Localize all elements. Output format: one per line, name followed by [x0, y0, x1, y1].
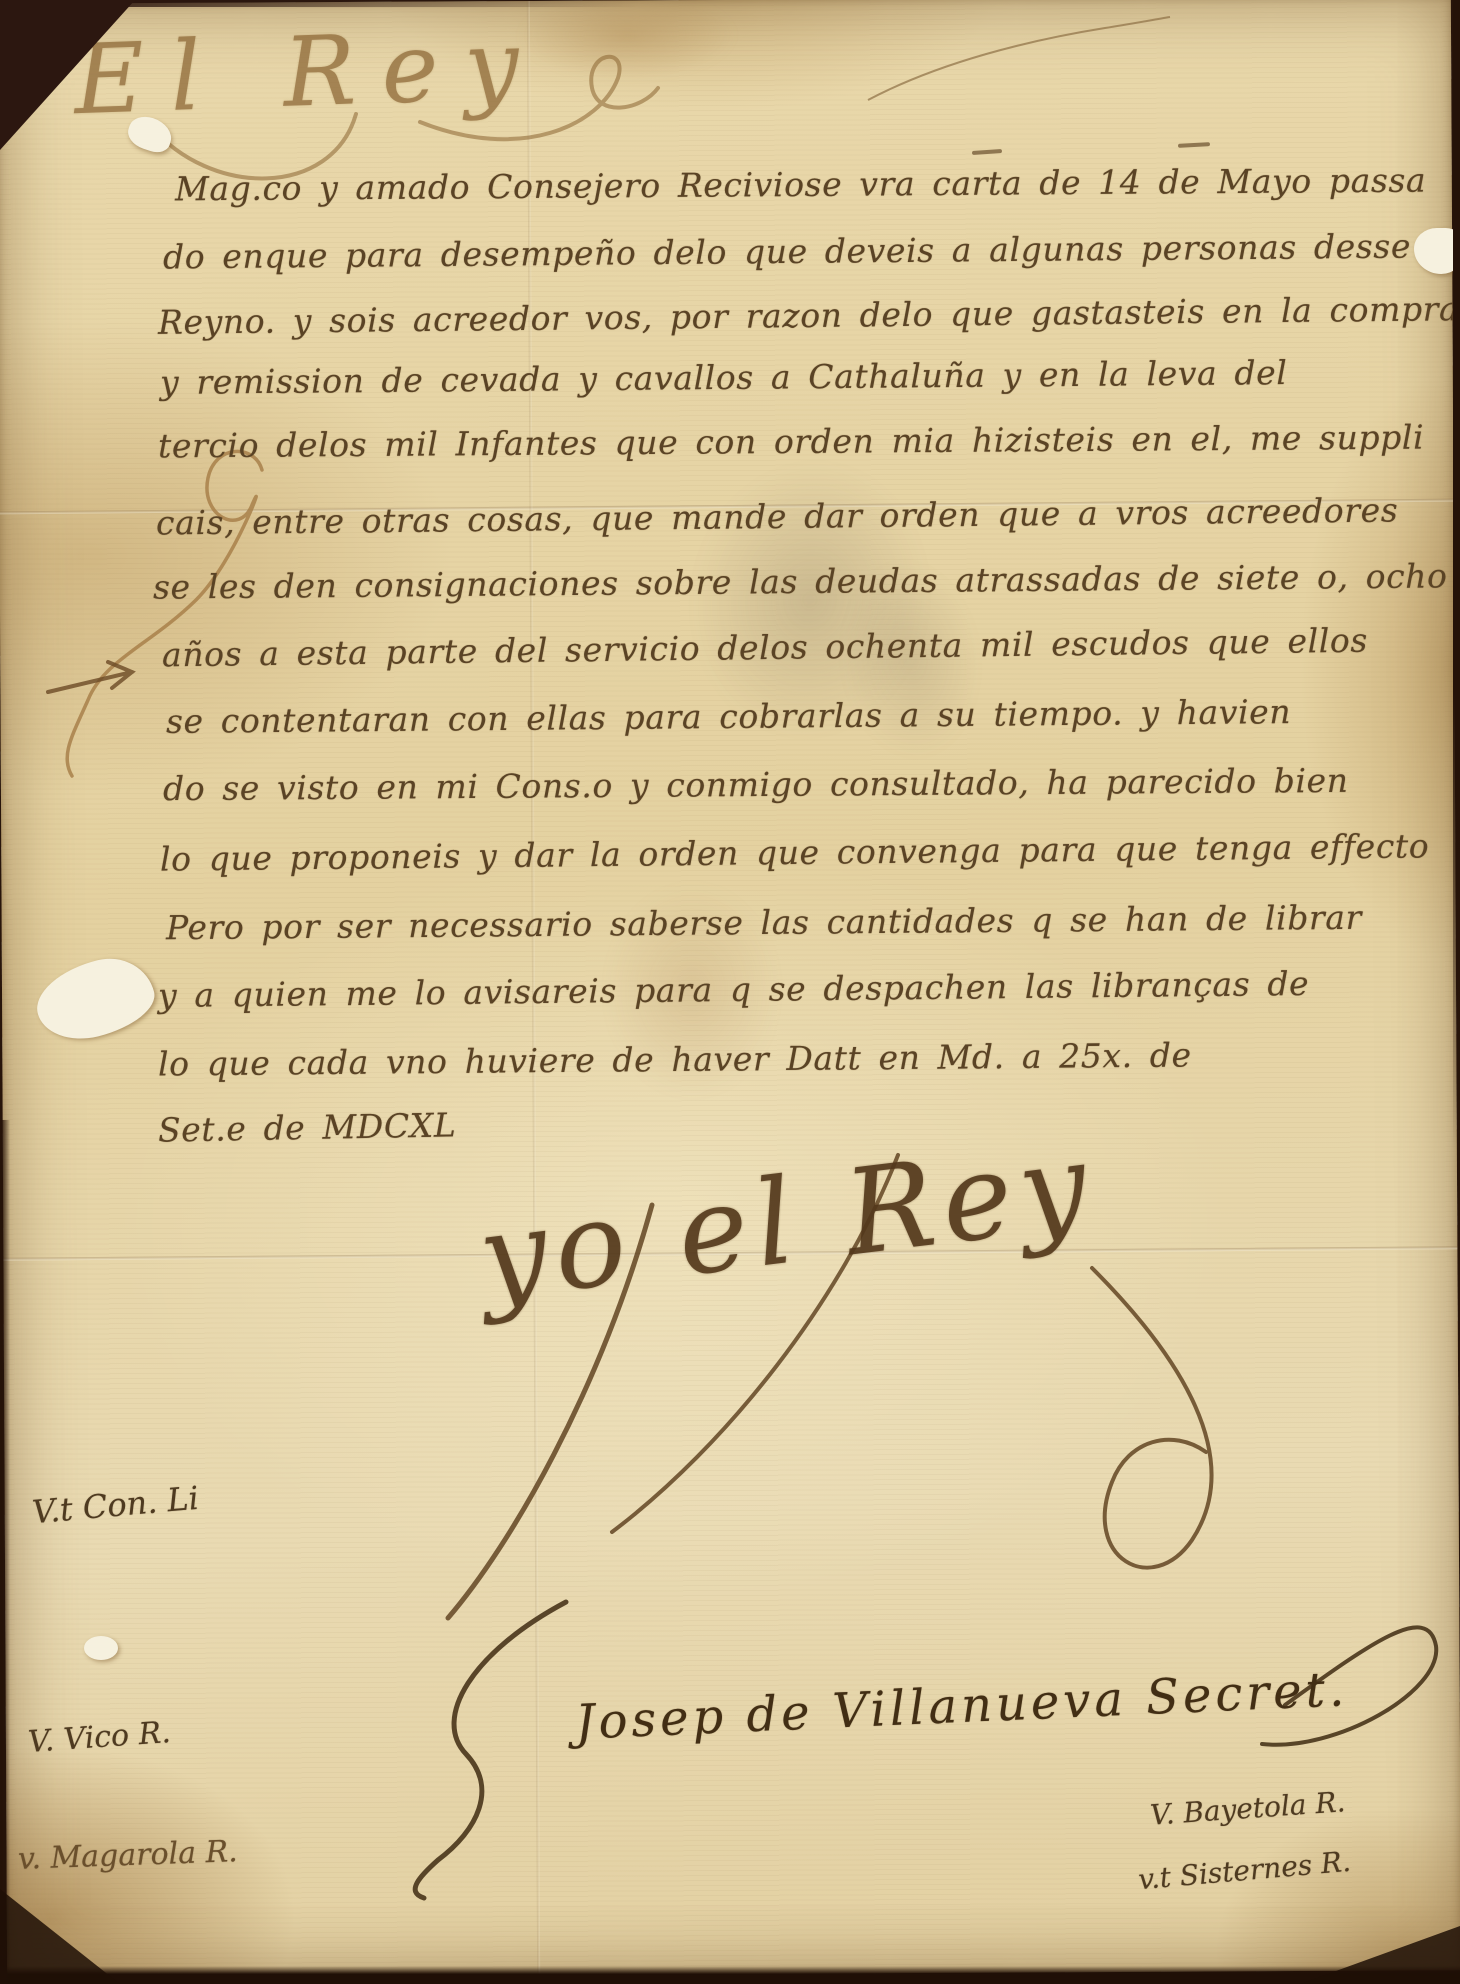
- manuscript-line-10: do se visto en mi Cons.o y conmigo consu…: [163, 761, 1349, 808]
- manuscript-scan: { "header": { "title": "El Rey" }, "lett…: [0, 0, 1460, 1984]
- manuscript-line-15: Set.e de MDCXL: [158, 1105, 457, 1149]
- stain-smudge: [517, 0, 737, 81]
- scanned-letter: El Rey Mag.co y amado Consejero Recivios…: [0, 0, 1460, 1984]
- letter-heading-el-rey: El Rey: [72, 8, 546, 136]
